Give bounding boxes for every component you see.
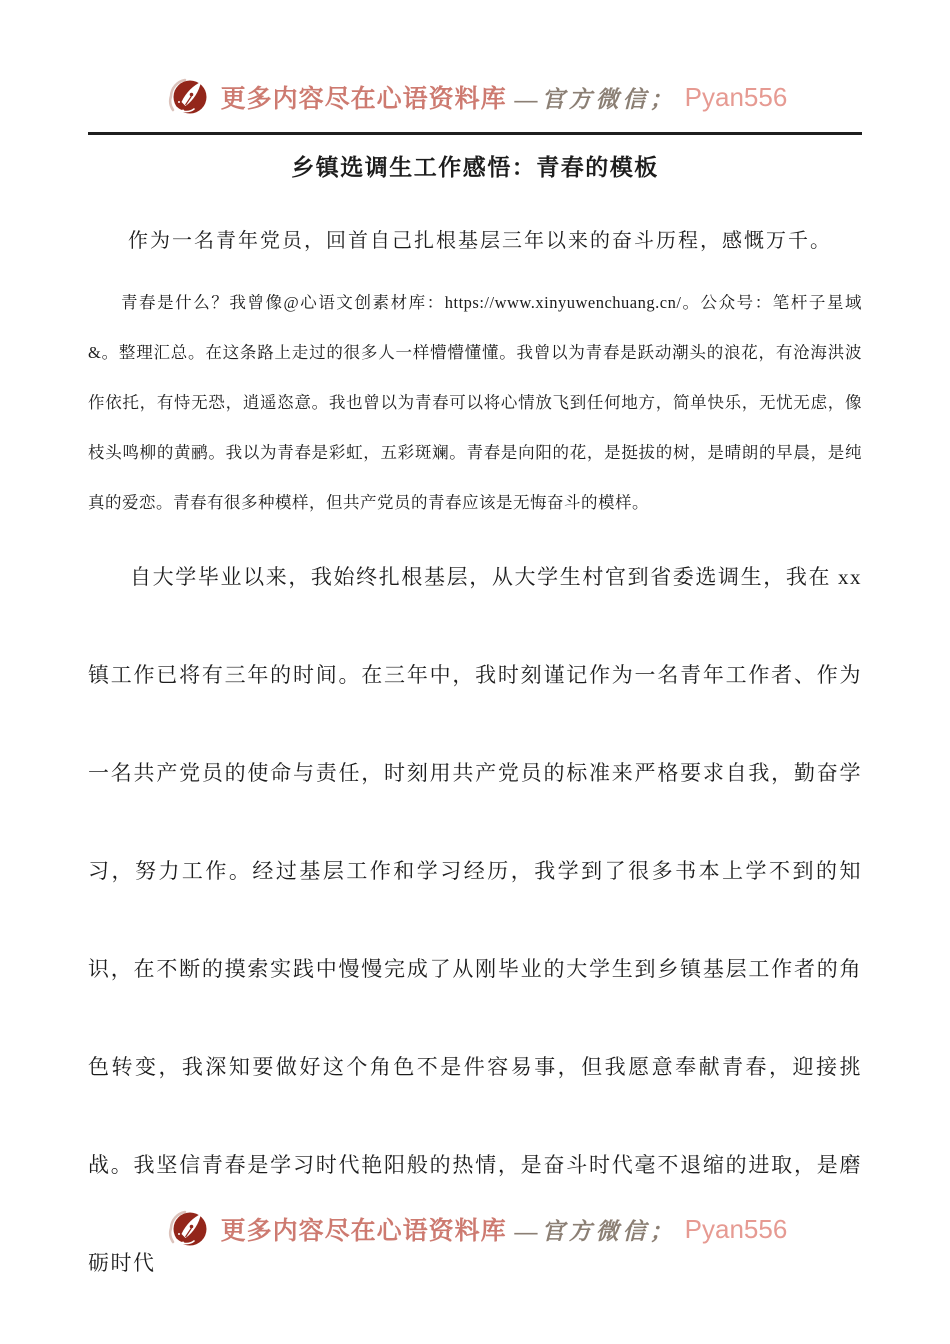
paragraph-3: 自大学毕业以来，我始终扎根基层，从大学生村官到省委选调生，我在 xx 镇工作已将… (88, 528, 862, 1312)
header-wechat-label: —官方微信； (515, 81, 677, 114)
paragraph-2: 青春是什么？我曾像@心语文创素材库：https://www.xinyuwench… (88, 278, 862, 528)
header-brand: 更多内容尽在心语资料库 —官方微信； Pyan556 (0, 0, 950, 122)
footer-wechat-id: Pyan556 (685, 1214, 788, 1245)
header-brand-text: 更多内容尽在心语资料库 (221, 79, 507, 115)
pen-nib-badge-icon (163, 72, 213, 122)
document-page: 更多内容尽在心语资料库 —官方微信； Pyan556 乡镇选调生工作感悟：青春的… (0, 0, 950, 1344)
document-content: 乡镇选调生工作感悟：青春的模板 作为一名青年党员，回首自己扎根基层三年以来的奋斗… (88, 152, 862, 1312)
footer-brand-text: 更多内容尽在心语资料库 (221, 1211, 507, 1247)
header-wechat-id: Pyan556 (685, 82, 788, 113)
footer-brand: 更多内容尽在心语资料库 —官方微信； Pyan556 (0, 1204, 950, 1254)
header-rule (88, 132, 862, 135)
pen-nib-badge-icon (163, 1204, 213, 1254)
document-title: 乡镇选调生工作感悟：青春的模板 (88, 152, 862, 184)
footer-wechat-label: —官方微信； (515, 1213, 677, 1246)
paragraph-1: 作为一名青年党员，回首自己扎根基层三年以来的奋斗历程，感慨万千。 (88, 226, 862, 256)
